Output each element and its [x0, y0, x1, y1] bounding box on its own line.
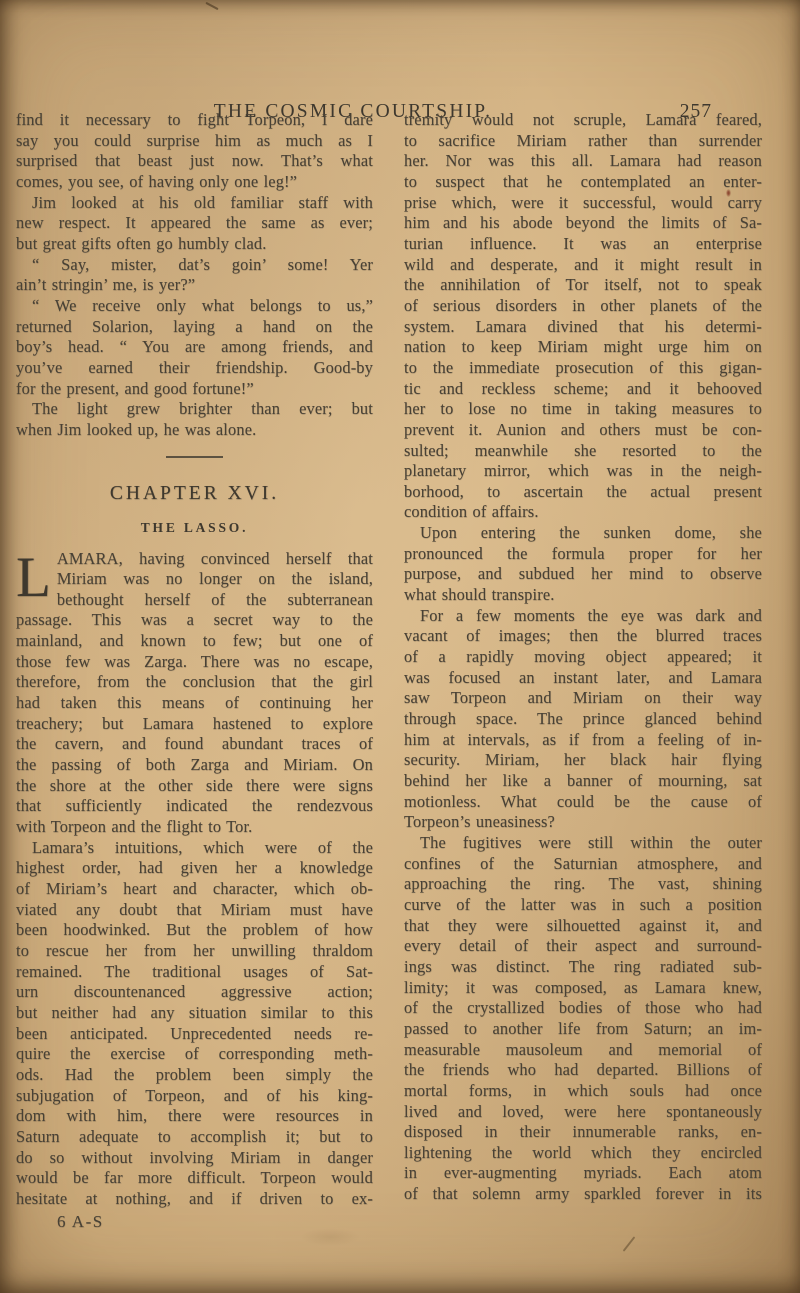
- text-line: her to lose no time in taking measures t…: [404, 399, 762, 420]
- text-line: for the present, and good fortune!”: [16, 379, 373, 400]
- text-line: For a few moments the eye was dark and: [404, 606, 762, 627]
- right-column: tremity would not scruple, Lamara feared…: [404, 110, 762, 1205]
- text-line: Jim looked at his old familiar staff wit…: [16, 193, 373, 214]
- pen-stroke-mark: [623, 1236, 636, 1251]
- text-line: him at intervals, as if from a feeling o…: [404, 730, 762, 751]
- text-line: the passing of both Zarga and Miriam. On: [16, 755, 373, 776]
- text-line: quire the exercise of corresponding meth…: [16, 1044, 373, 1065]
- text-line: vacant of images; then the blurred trace…: [404, 626, 762, 647]
- section-heading: THE LASSO.: [16, 520, 373, 536]
- left-column: find it necessary to fight Torpeon, I da…: [16, 110, 373, 1210]
- text-line: limity; it was composed, as Lamara knew,: [404, 978, 762, 999]
- text-line: treachery; but Lamara hastened to explor…: [16, 714, 373, 735]
- text-line: motionless. What could be the cause of: [404, 792, 762, 813]
- chapter-heading: CHAPTER XVI.: [16, 483, 373, 505]
- text-line: saw Torpeon and Miriam on their way: [404, 688, 762, 709]
- text-line: been anticipated. Unprecedented needs re…: [16, 1024, 373, 1045]
- text-line: urn discountenanced aggressive action;: [16, 982, 373, 1003]
- text-line: with Torpeon and the flight to Tor.: [16, 817, 373, 838]
- paragraph: Lamara’s intuitions, which were of thehi…: [16, 838, 373, 1210]
- text-line: been hoodwinked. But the problem of how: [16, 920, 373, 941]
- book-page-scan: THE COSMIC COURTSHIP. 257 find it necess…: [0, 0, 800, 1293]
- text-line: nation to keep Miriam might urge him on: [404, 337, 762, 358]
- text-line: tic and reckless scheme; and it behooved: [404, 379, 762, 400]
- text-line: of Miriam’s heart and character, which o…: [16, 879, 373, 900]
- text-line: her. Nor was this all. Lamara had reason: [404, 151, 762, 172]
- text-line: that sufficiently indicated the rendezvo…: [16, 796, 373, 817]
- paragraph: LAMARA, having convinced herself thatMir…: [16, 549, 373, 838]
- text-line: curve of the latter was in such a positi…: [404, 895, 762, 916]
- text-line: comes, you see, of having only one leg!”: [16, 172, 373, 193]
- text-line: tremity would not scruple, Lamara feared…: [404, 110, 762, 131]
- text-line: would be far more difficult. Torpeon wou…: [16, 1168, 373, 1189]
- text-line: through space. The prince glanced behind: [404, 709, 762, 730]
- text-line: wild and desperate, and it might result …: [404, 255, 762, 276]
- text-line: ods. Had the problem been simply the: [16, 1065, 373, 1086]
- printers-signature: 6 A-S: [57, 1212, 104, 1232]
- text-line: pronounced the formula proper for her: [404, 544, 762, 565]
- text-line: borhood, to ascertain the actual present: [404, 482, 762, 503]
- text-line: him and his abode beyond the limits of S…: [404, 213, 762, 234]
- text-line: highest order, had given her a knowledge: [16, 858, 373, 879]
- text-line: that they were silhouetted against it, a…: [404, 916, 762, 937]
- text-line: of the crystallized bodies of those who …: [404, 998, 762, 1019]
- text-line: passage. This was a secret way to the: [16, 610, 373, 631]
- section-divider: [166, 456, 223, 458]
- text-line: the cavern, and found abundant traces of: [16, 734, 373, 755]
- text-line: disposed in their innumerable ranks, en-: [404, 1122, 762, 1143]
- text-line: subjugation of Torpeon, and of his king-: [16, 1086, 373, 1107]
- text-line: dom with him, there were resources in: [16, 1106, 373, 1127]
- text-line: bethought herself of the subterranean: [16, 590, 373, 611]
- top-edge-mark: [205, 2, 218, 10]
- paragraph: The light grew brighter than ever; butwh…: [16, 399, 373, 440]
- text-line: to sacrifice Miriam rather than surrende…: [404, 131, 762, 152]
- text-line: The light grew brighter than ever; but: [16, 399, 373, 420]
- text-line: system. Lamara divined that his determi-: [404, 317, 762, 338]
- text-line: planetary mirror, which was in the neigh…: [404, 461, 762, 482]
- text-line: turian influence. It was an enterprise: [404, 234, 762, 255]
- text-line: passed to another life from Saturn; an i…: [404, 1019, 762, 1040]
- drop-cap: L: [16, 552, 51, 608]
- text-line: prevent it. Aunion and others must be co…: [404, 420, 762, 441]
- paper-smudge: [300, 1228, 360, 1246]
- text-line: returned Solarion, laying a hand on the: [16, 317, 373, 338]
- text-line: confines of the Saturnian atmosphere, an…: [404, 854, 762, 875]
- text-line: hesitate at nothing, and if driven to ex…: [16, 1189, 373, 1210]
- text-line: lived and loved, were here spontaneously: [404, 1102, 762, 1123]
- text-line: ain’t stringin’ me, is yer?”: [16, 275, 373, 296]
- text-line: AMARA, having convinced herself that: [16, 549, 373, 570]
- text-line: Torpeon’s uneasiness?: [404, 812, 762, 833]
- text-line: but great gifts often go humbly clad.: [16, 234, 373, 255]
- text-line: the friends who had departed. Billions o…: [404, 1060, 762, 1081]
- text-line: ings was distinct. The ring radiated sub…: [404, 957, 762, 978]
- text-line: when Jim looked up, he was alone.: [16, 420, 373, 441]
- text-line: you’ve earned their friendship. Good-by: [16, 358, 373, 379]
- text-line: viated any doubt that Miriam must have: [16, 900, 373, 921]
- text-line: purpose, and subdued her mind to observe: [404, 564, 762, 585]
- text-line: but neither had any situation similar to…: [16, 1003, 373, 1024]
- text-line: therefore, from the conclusion that the …: [16, 672, 373, 693]
- text-line: condition of affairs.: [404, 502, 762, 523]
- paragraph: find it necessary to fight Torpeon, I da…: [16, 110, 373, 193]
- text-line: to rescue her from her unwilling thraldo…: [16, 941, 373, 962]
- paragraph: For a few moments the eye was dark andva…: [404, 606, 762, 833]
- text-line: new respect. It appeared the same as eve…: [16, 213, 373, 234]
- text-line: of a rapidly moving object appeared; it: [404, 647, 762, 668]
- text-line: mainland, and known to few; but one of: [16, 631, 373, 652]
- text-line: “ Say, mister, dat’s goin’ some! Yer: [16, 255, 373, 276]
- text-line: surprised that beast just now. That’s wh…: [16, 151, 373, 172]
- text-line: do so without involving Miriam in danger: [16, 1148, 373, 1169]
- text-line: Lamara’s intuitions, which were of the: [16, 838, 373, 859]
- text-line: security. Miriam, her black hair flying: [404, 750, 762, 771]
- text-line: those few was Zarga. There was no escape…: [16, 652, 373, 673]
- text-line: Miriam was no longer on the island,: [16, 569, 373, 590]
- text-line: Saturn adequate to accomplish it; but to: [16, 1127, 373, 1148]
- paragraph: “ We receive only what belongs to us,”re…: [16, 296, 373, 399]
- text-line: to the immediate prosecution of this gig…: [404, 358, 762, 379]
- paragraph: The fugitives were still within the oute…: [404, 833, 762, 1205]
- text-line: “ We receive only what belongs to us,”: [16, 296, 373, 317]
- paragraph: “ Say, mister, dat’s goin’ some! Yerain’…: [16, 255, 373, 296]
- text-line: was focused an instant later, and Lamara: [404, 668, 762, 689]
- paragraph: Upon entering the sunken dome, shepronou…: [404, 523, 762, 606]
- text-line: behind her like a banner of mourning, sa…: [404, 771, 762, 792]
- text-line: the shore at the other side there were s…: [16, 776, 373, 797]
- text-line: the annihilation of Tor itself, not to s…: [404, 275, 762, 296]
- paragraph: tremity would not scruple, Lamara feared…: [404, 110, 762, 523]
- text-line: prise which, were it successful, would c…: [404, 193, 762, 214]
- text-line: measurable mausoleum and memorial of: [404, 1040, 762, 1061]
- text-line: what should transpire.: [404, 585, 762, 606]
- text-line: to suspect that he contemplated an enter…: [404, 172, 762, 193]
- text-line: approaching the ring. The vast, shining: [404, 874, 762, 895]
- text-line: every detail of their aspect and surroun…: [404, 936, 762, 957]
- text-line: say you could surprise him as much as I: [16, 131, 373, 152]
- text-line: boy’s head. “ You are among friends, and: [16, 337, 373, 358]
- text-line: Upon entering the sunken dome, she: [404, 523, 762, 544]
- text-line: The fugitives were still within the oute…: [404, 833, 762, 854]
- text-line: lightening the world which they encircle…: [404, 1143, 762, 1164]
- text-line: remained. The traditional usages of Sat-: [16, 962, 373, 983]
- text-line: mortal forms, in which souls had once: [404, 1081, 762, 1102]
- text-line: sulted; meanwhile she resorted to the: [404, 441, 762, 462]
- text-line: had taken this means of continuing her: [16, 693, 373, 714]
- text-line: of that solemn army sparkled forever in …: [404, 1184, 762, 1205]
- text-line: find it necessary to fight Torpeon, I da…: [16, 110, 373, 131]
- paragraph: Jim looked at his old familiar staff wit…: [16, 193, 373, 255]
- text-line: in ever-augmenting myriads. Each atom: [404, 1163, 762, 1184]
- text-line: of serious disorders in other planets of…: [404, 296, 762, 317]
